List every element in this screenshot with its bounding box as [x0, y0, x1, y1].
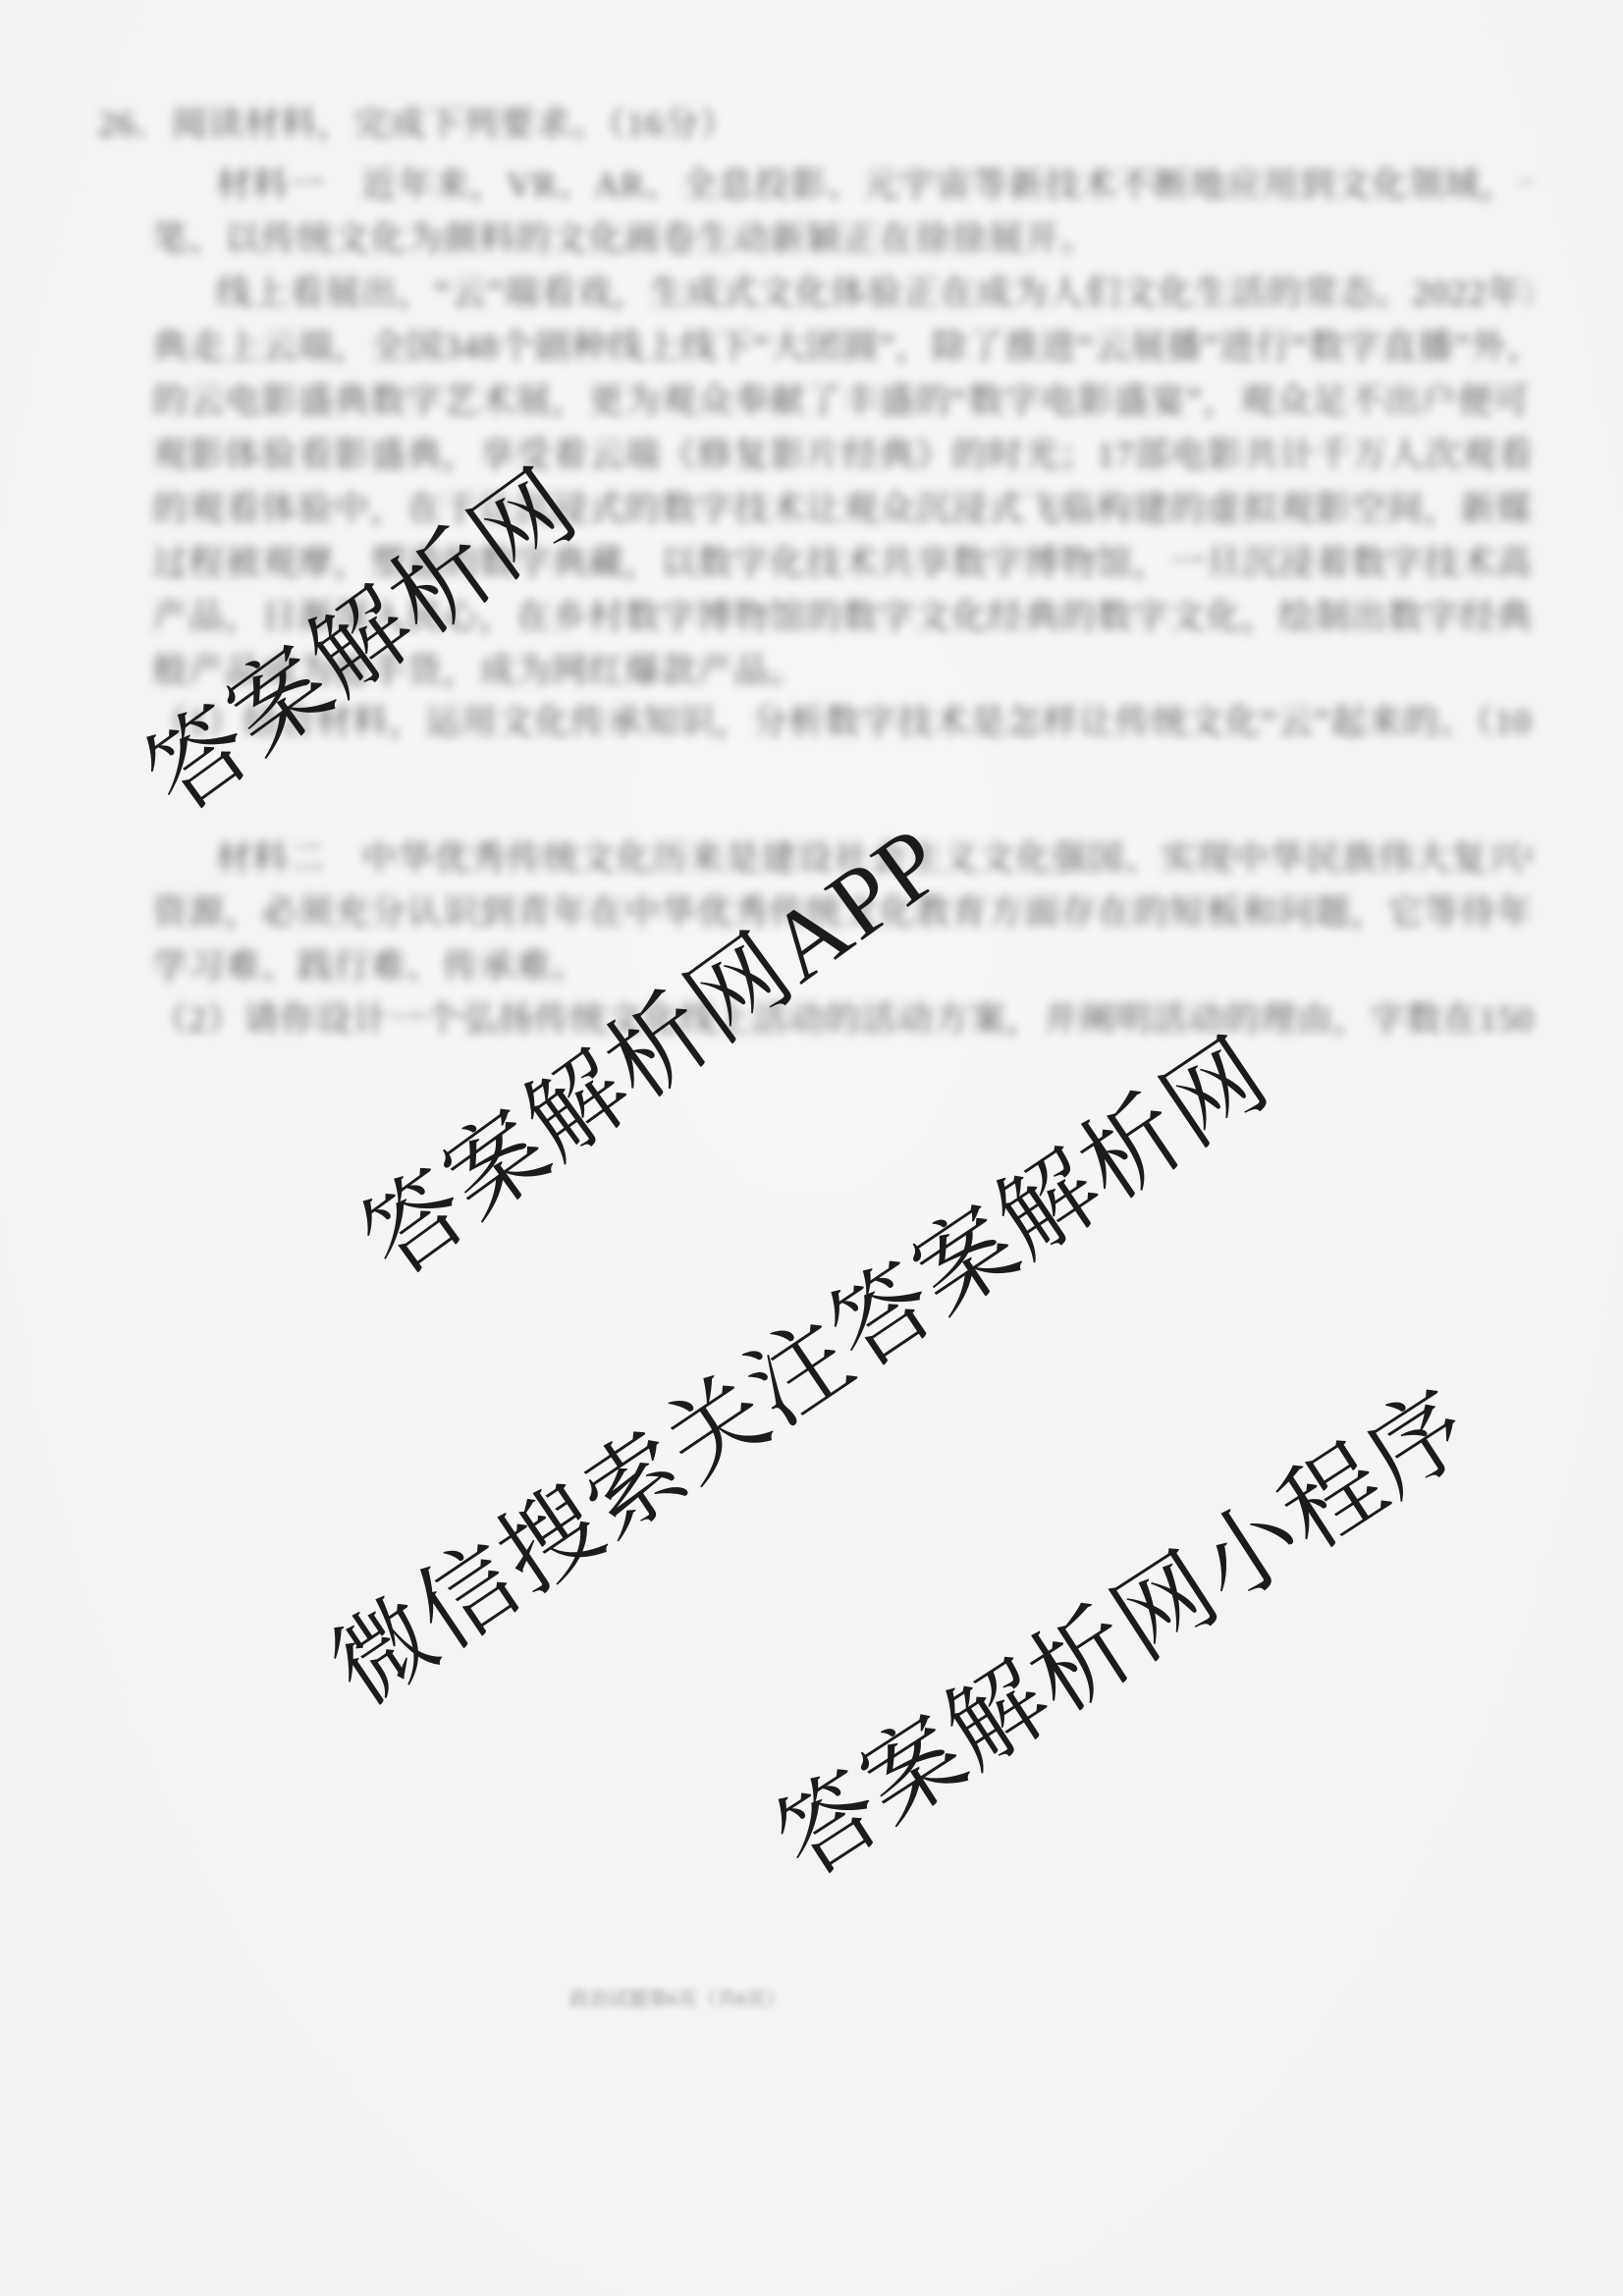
- paragraph-2-line-5: 的观看体验中，在于让沉浸式的数字技术让观众沉浸式飞临构建的虚拟观影空间，新媒体平…: [152, 487, 1532, 532]
- exam-paper-photo: 26．阅读材料，完成下列要求。（16分） 材料一 近年来，VR、AR、全息投影、…: [0, 0, 1623, 2296]
- sub-question-2: （2）请你设计一个弘扬传统文化线上活动的活动方案，并阐明活动的理由，字数在150…: [152, 997, 1532, 1042]
- material-1-line-1: 材料一 近年来，VR、AR、全息投影、元宇宙等新技术不断地应用到文化领域，一幅幅…: [216, 163, 1532, 208]
- watermark-mini-program: 答案解析网小程序: [745, 1348, 1494, 1902]
- material-1-line-2: 笔、以传统文化为颜料的文化画卷生动新颖正在徐徐展开。: [152, 217, 1097, 262]
- paragraph-2-line-4: 观影体验看影盛典，享受着云端《修复影片经典》的时光；17部电影共计千万人次观看，…: [152, 433, 1532, 478]
- paragraph-2-line-3: 的云电影盛典数字艺术展，更为观众奉献了丰盛的“数字电影盛宴”，观众足不出户便可一…: [152, 379, 1532, 424]
- question-26-heading: 26．阅读材料，完成下列要求。（16分）: [98, 102, 736, 147]
- page-number-footer: 政治试题第6页（共6页）: [432, 1987, 923, 2012]
- paragraph-2-line-1: 线上看展出，“云”端看戏，生成式文化体验正在成为人们文化生活的常态。2022年戏…: [216, 271, 1532, 316]
- paragraph-2-line-2: 典走上云端，全国348个剧种线上线下“大团圆”，除了推进“云展播”进行“数字直播…: [152, 325, 1532, 370]
- material-2-line-3: 学习难、践行难、传承难。: [152, 944, 588, 989]
